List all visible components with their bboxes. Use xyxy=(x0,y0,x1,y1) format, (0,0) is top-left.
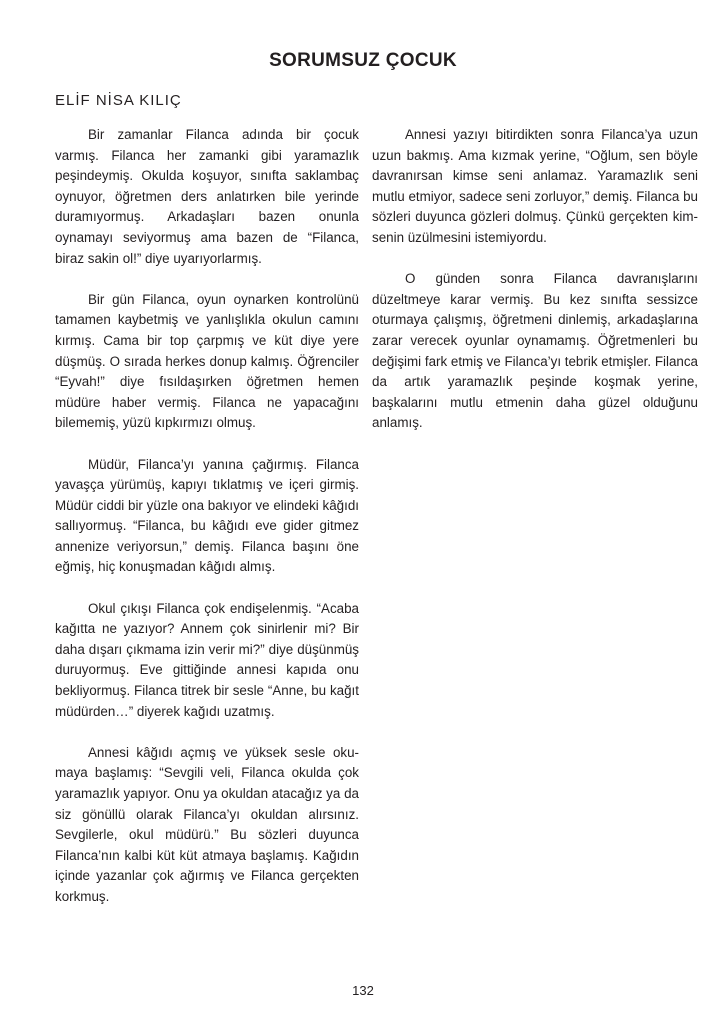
right-column: Annesi yazıyı bitirdikten sonra Filanca’… xyxy=(372,125,698,455)
paragraph: Okul çıkışı Filanca çok endişelenmiş. “A… xyxy=(55,599,359,723)
paragraph: Annesi kâğıdı açmış ve yüksek sesle oku­… xyxy=(55,743,359,908)
paragraph: O günden sonra Filanca davranışlarını dü… xyxy=(372,269,698,434)
page-number: 132 xyxy=(0,983,726,998)
paragraph: Bir gün Filanca, oyun oynarken kontrolü­… xyxy=(55,290,359,434)
left-column: Bir zamanlar Filanca adında bir çocuk va… xyxy=(55,125,359,928)
paragraph: Bir zamanlar Filanca adında bir çocuk va… xyxy=(55,125,359,269)
paragraph: Müdür, Filanca’yı yanına çağırmış. Filan… xyxy=(55,455,359,579)
author-name: ELİF NİSA KILIÇ xyxy=(55,92,182,109)
paragraph: Annesi yazıyı bitirdikten sonra Filanca’… xyxy=(372,125,698,249)
story-title: SORUMSUZ ÇOCUK xyxy=(0,50,726,72)
